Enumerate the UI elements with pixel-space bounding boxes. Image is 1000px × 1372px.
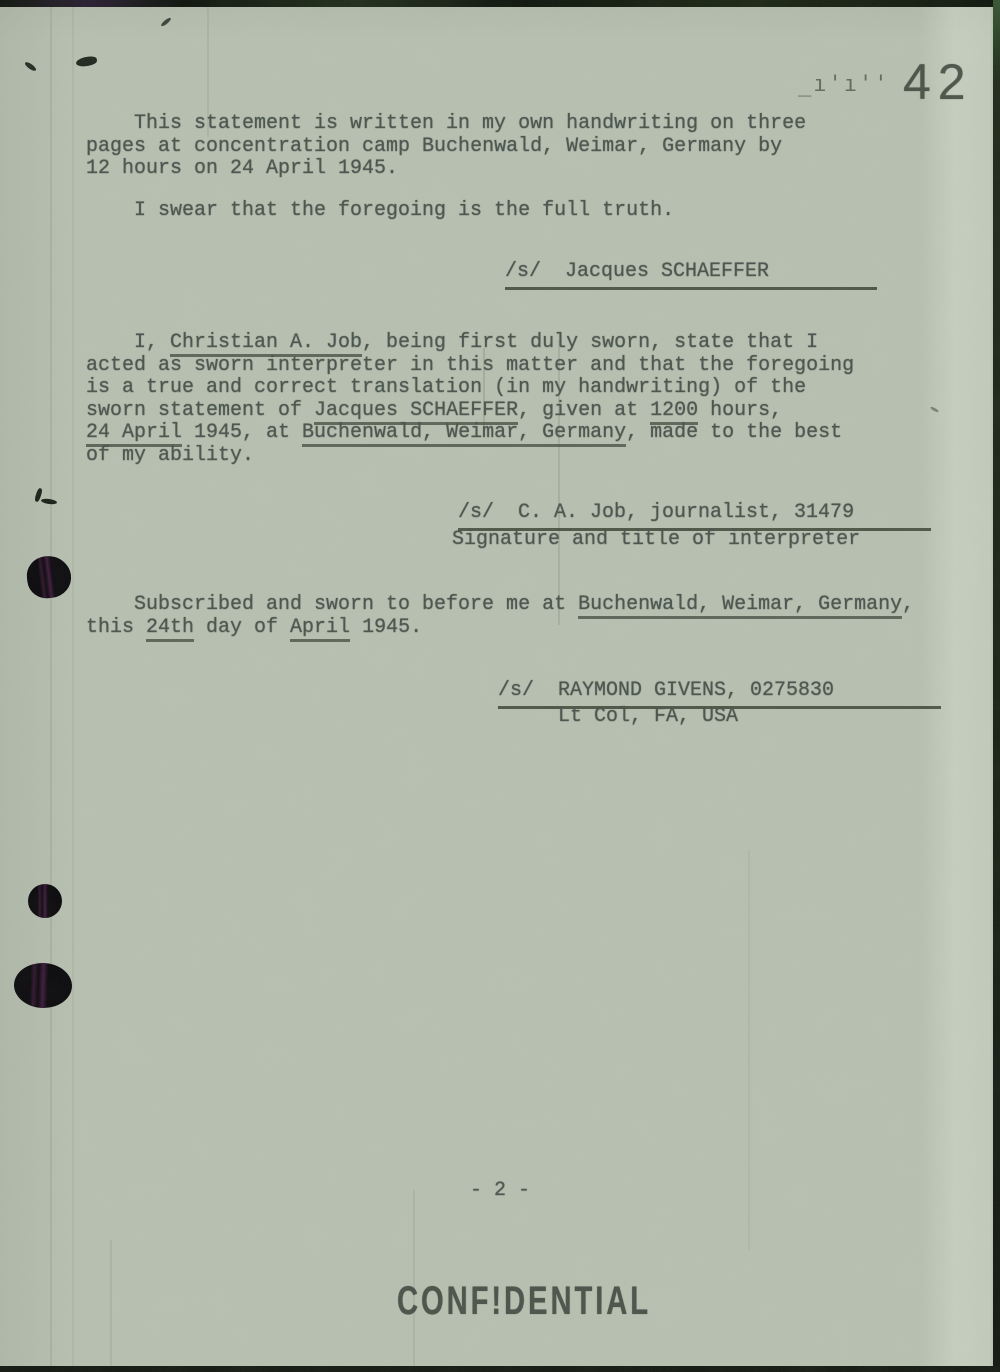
- paper-crease: [50, 7, 52, 1366]
- typed-text: of my ability.: [86, 444, 254, 467]
- scan-edge-right: [993, 0, 1000, 1372]
- typed-text: hours,: [698, 399, 782, 422]
- paper-crease: [72, 7, 74, 1366]
- signature-line-interpreter: /s/ C. A. Job, journalist, 31479: [458, 502, 931, 531]
- scan-edge-bottom: [0, 1366, 1000, 1372]
- typed-text: 1945, at: [182, 421, 302, 444]
- underlined-text: Buchenwald, Weimar, Germany: [302, 421, 626, 447]
- underlined-text: April: [290, 616, 350, 642]
- ink-speck: [24, 61, 38, 73]
- typed-text: 1945.: [350, 616, 422, 639]
- typed-text: I swear that the foregoing is the full t…: [134, 199, 674, 222]
- page-number: - 2 -: [470, 1180, 530, 1203]
- typed-text: acted as sworn interpreter in this matte…: [86, 354, 854, 377]
- paper-crease: [413, 1190, 415, 1366]
- typed-text: I,: [134, 331, 170, 354]
- scan-edge-top: [0, 0, 1000, 7]
- signature-caption-officer: Lt Col, FA, USA: [558, 706, 738, 729]
- signature-text: /s/ Jacques SCHAEFFER: [505, 260, 769, 283]
- punch-hole: [13, 962, 73, 1009]
- punch-hole: [25, 553, 74, 600]
- confidential-stamp: CONF!DENTIAL: [397, 1281, 651, 1321]
- signature-text: /s/ RAYMOND GIVENS, 0275830: [498, 679, 834, 702]
- paragraph-statement-handwriting: This statement is written in my own hand…: [86, 113, 806, 181]
- typed-text: 12 hours on 24 April 1945.: [86, 157, 398, 180]
- typed-text: ,: [902, 593, 914, 616]
- typed-text: This statement is written in my own hand…: [134, 112, 806, 135]
- signature-line-schaeffer: /s/ Jacques SCHAEFFER: [505, 261, 877, 290]
- paragraph-oath: I swear that the foregoing is the full t…: [86, 200, 674, 223]
- page-number-stamp: 42: [903, 57, 973, 107]
- signature-caption-interpreter: Signature and title of interpreter: [452, 529, 860, 552]
- typed-line: I swear that the foregoing is the full t…: [86, 200, 674, 223]
- ink-speck: [41, 498, 58, 505]
- typed-line: This statement is written in my own hand…: [86, 113, 806, 136]
- typed-text: Subscribed and sworn to before me at: [134, 593, 578, 616]
- paper-crease: [748, 850, 750, 1250]
- paragraph-subscribed-sworn: Subscribed and sworn to before me at Buc…: [86, 594, 914, 639]
- typed-line: pages at concentration camp Buchenwald, …: [86, 136, 806, 159]
- typed-line: acted as sworn interpreter in this matte…: [86, 355, 854, 378]
- typed-text: , given at: [518, 399, 650, 422]
- typed-text: , made to the best: [626, 421, 842, 444]
- typed-text: this: [86, 616, 146, 639]
- typed-line: I, Christian A. Job, being first duly sw…: [86, 332, 854, 355]
- typed-line: 12 hours on 24 April 1945.: [86, 158, 806, 181]
- typed-text: is a true and correct translation (in my…: [86, 376, 806, 399]
- typed-line: sworn statement of Jacques SCHAEFFER, gi…: [86, 400, 854, 423]
- faded-stamp-mark: _ı'ı'': [798, 72, 889, 97]
- underlined-text: Buchenwald, Weimar, Germany: [578, 593, 902, 619]
- typed-line: 24 April 1945, at Buchenwald, Weimar, Ge…: [86, 422, 854, 445]
- typed-line: this 24th day of April 1945.: [86, 617, 914, 640]
- document-page: _ı'ı'' 42 This statement is written in m…: [0, 0, 1000, 1372]
- typed-text: day of: [194, 616, 290, 639]
- typed-line: Subscribed and sworn to before me at Buc…: [86, 594, 914, 617]
- typed-line: of my ability.: [86, 445, 854, 468]
- paragraph-interpreter-statement: I, Christian A. Job, being first duly sw…: [86, 332, 854, 467]
- ink-speck: [75, 56, 97, 68]
- underlined-text: 24th: [146, 616, 194, 642]
- punch-hole: [28, 884, 62, 918]
- ink-speck: [160, 17, 172, 28]
- paper-crease: [110, 1240, 112, 1366]
- typed-text: sworn statement of: [86, 399, 314, 422]
- typed-text: pages at concentration camp Buchenwald, …: [86, 135, 782, 158]
- ink-speck: [930, 406, 939, 413]
- typed-line: is a true and correct translation (in my…: [86, 377, 854, 400]
- signature-text: /s/ C. A. Job, journalist, 31479: [458, 501, 854, 524]
- typed-text: , being first duly sworn, state that I: [362, 331, 818, 354]
